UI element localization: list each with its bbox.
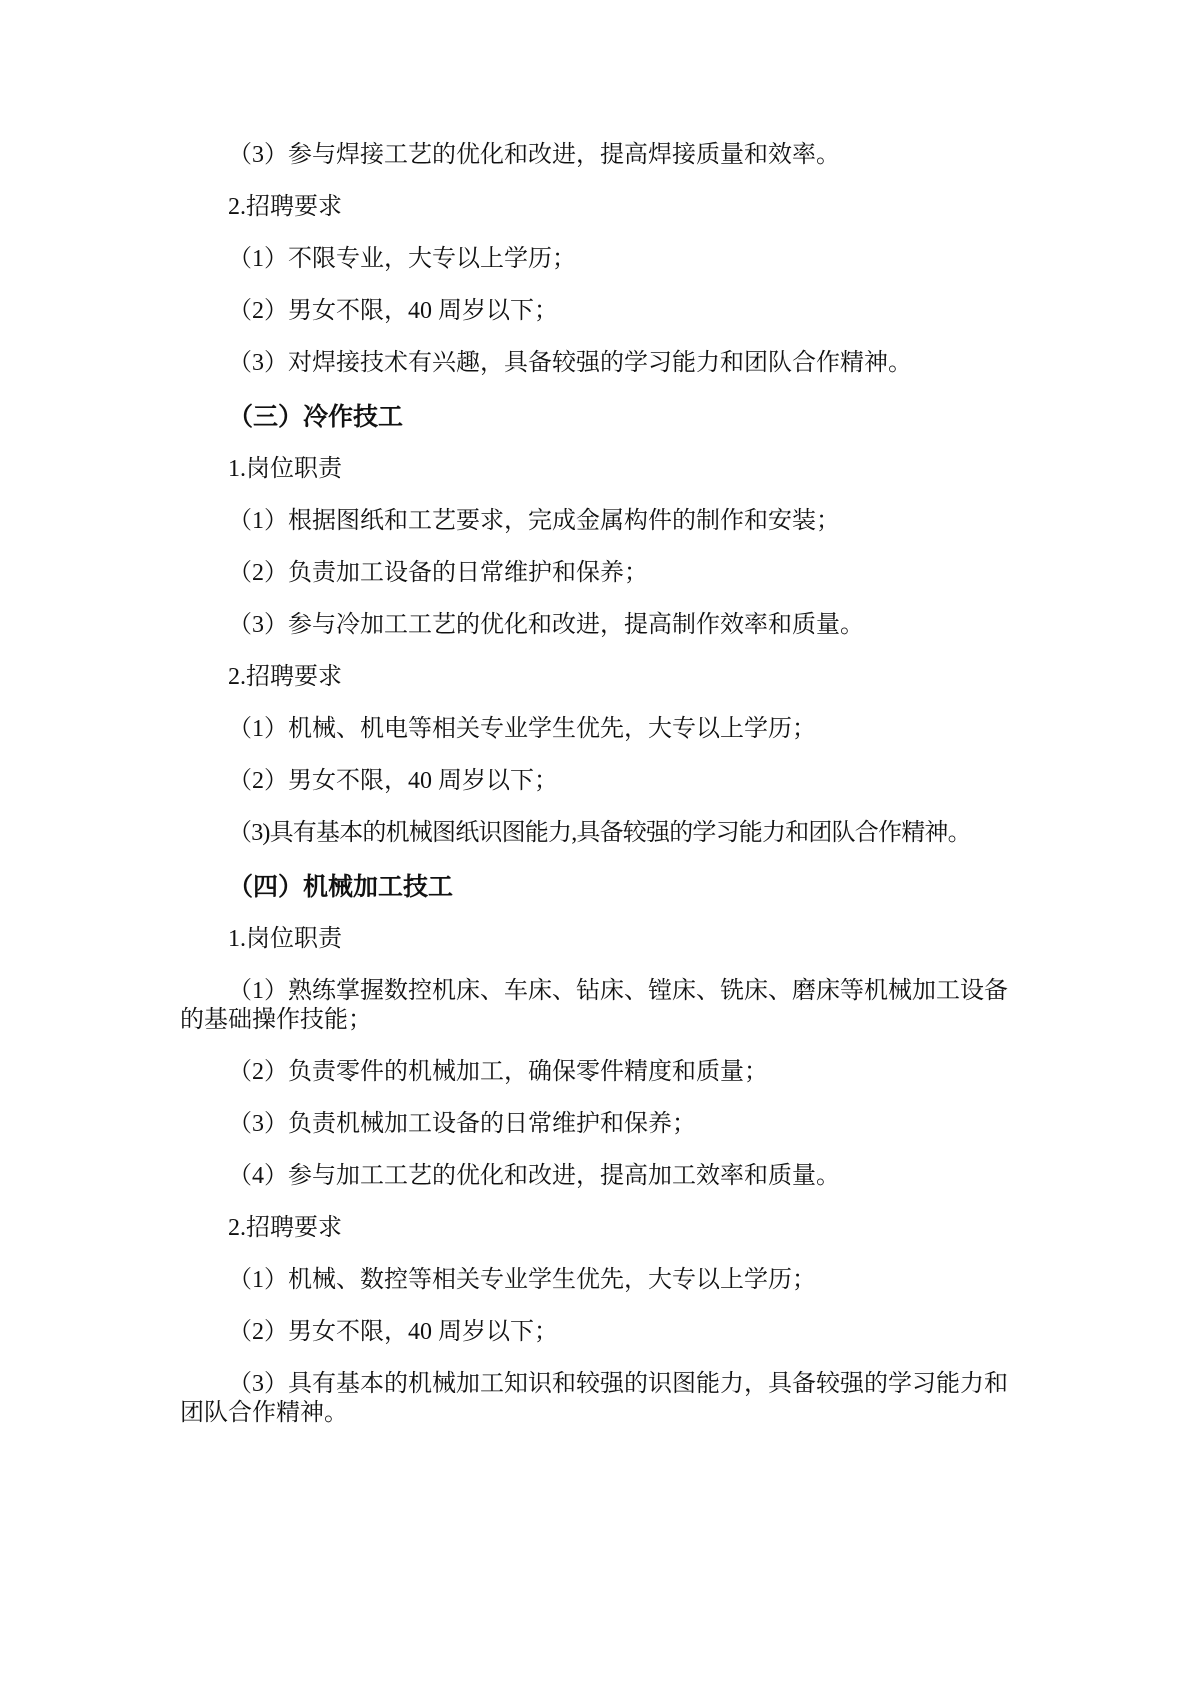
paragraph-machinist-req-3: （3）具有基本的机械加工知识和较强的识图能力，具备较强的学习能力和 团队合作精神… xyxy=(180,1370,1018,1428)
paragraph-welder-req-2: （2）男女不限，40 周岁以下； xyxy=(180,297,1018,326)
paragraph-cold-req-1: （1）机械、机电等相关专业学生优先，大专以上学历； xyxy=(180,715,1018,744)
paragraph-machinist-duty-4: （4）参与加工工艺的优化和改进，提高加工效率和质量。 xyxy=(180,1162,1018,1191)
paragraph-welder-requirements: 2.招聘要求 xyxy=(180,193,1018,222)
paragraph-machinist-req-1: （1）机械、数控等相关专业学生优先，大专以上学历； xyxy=(180,1266,1018,1295)
paragraph-machinist-duties-title: 1.岗位职责 xyxy=(180,925,1018,954)
paragraph-cold-requirements: 2.招聘要求 xyxy=(180,663,1018,692)
paragraph-cold-duties-title: 1.岗位职责 xyxy=(180,455,1018,484)
paragraph-machinist-req-2: （2）男女不限，40 周岁以下； xyxy=(180,1318,1018,1347)
paragraph-machinist-duty-1: （1）熟练掌握数控机床、车床、钻床、镗床、铣床、磨床等机械加工设备 的基础操作技… xyxy=(180,977,1018,1035)
section-heading-cold-worker: （三）冷作技工 xyxy=(180,401,1018,432)
paragraph-machinist-duty-3: （3）负责机械加工设备的日常维护和保养； xyxy=(180,1110,1018,1139)
paragraph-welder-req-1: （1）不限专业，大专以上学历； xyxy=(180,245,1018,274)
paragraph-machinist-duty-2: （2）负责零件的机械加工，确保零件精度和质量； xyxy=(180,1058,1018,1087)
paragraph-cold-duty-1: （1）根据图纸和工艺要求，完成金属构件的制作和安装； xyxy=(180,507,1018,536)
paragraph-welder-req-3: （3）对焊接技术有兴趣，具备较强的学习能力和团队合作精神。 xyxy=(180,349,1018,378)
paragraph-cold-duty-3: （3）参与冷加工工艺的优化和改进，提高制作效率和质量。 xyxy=(180,611,1018,640)
paragraph-cold-req-2: （2）男女不限，40 周岁以下； xyxy=(180,767,1018,796)
paragraph-cold-req-3: （3)具有基本的机械图纸识图能力,具备较强的学习能力和团队合作精神。 xyxy=(180,819,1018,848)
document-page: （3）参与焊接工艺的优化和改进，提高焊接质量和效率。 2.招聘要求 （1）不限专… xyxy=(0,0,1191,1684)
paragraph-welder-duty-3: （3）参与焊接工艺的优化和改进，提高焊接质量和效率。 xyxy=(180,141,1018,170)
paragraph-cold-duty-2: （2）负责加工设备的日常维护和保养； xyxy=(180,559,1018,588)
paragraph-machinist-requirements: 2.招聘要求 xyxy=(180,1214,1018,1243)
section-heading-machinist: （四）机械加工技工 xyxy=(180,871,1018,902)
